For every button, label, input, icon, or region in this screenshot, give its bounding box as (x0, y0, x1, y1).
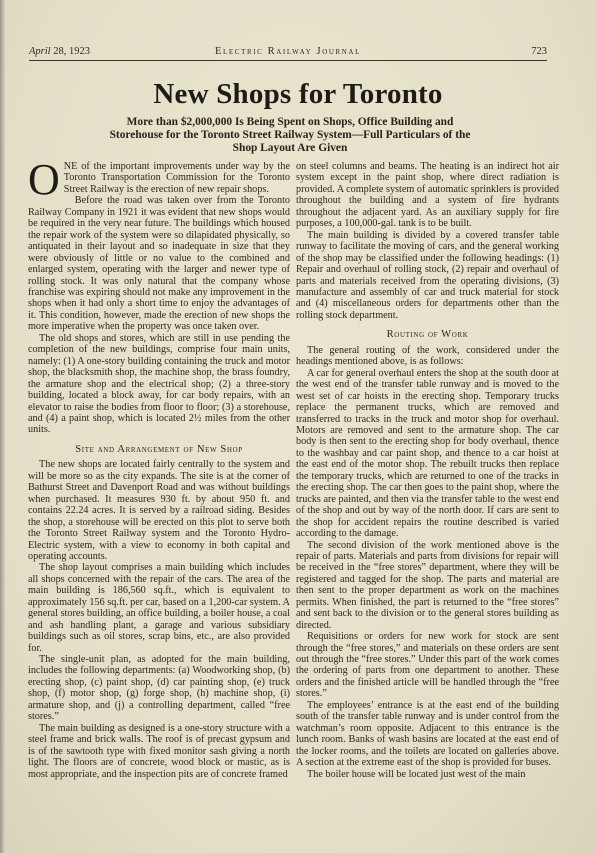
paragraph: The main building as designed is a one-s… (28, 723, 290, 780)
page: April 28, 1923 Electric Railway Journal … (0, 0, 596, 853)
journal-name: Electric Railway Journal (29, 46, 547, 57)
article-title: New Shops for Toronto (0, 78, 596, 111)
paragraph: The employees’ entrance is at the east e… (296, 700, 559, 769)
article-subtitle: More than $2,000,000 Is Being Spent on S… (100, 116, 480, 155)
lead-caps: NE (64, 161, 78, 172)
paragraph: ONE of the important improvements under … (28, 161, 290, 195)
paragraph: The new shops are located fairly central… (28, 459, 290, 562)
paragraph: The main building is divided by a covere… (296, 230, 559, 322)
paragraph: The old shops and stores, which are stil… (28, 333, 290, 436)
paragraph: The single-unit plan, as adopted for the… (28, 654, 290, 723)
paragraph: The second division of the work mentione… (296, 540, 559, 632)
left-column: ONE of the important improvements under … (28, 161, 290, 780)
drop-cap: O (28, 162, 60, 198)
page-number: 723 (531, 46, 547, 57)
header-rule (29, 60, 547, 61)
paragraph: on steel columns and beams. The heating … (296, 161, 559, 230)
paragraph: Requisitions or orders for new work for … (296, 631, 559, 700)
right-column: on steel columns and beams. The heating … (296, 161, 559, 780)
paragraph: The boiler house will be located just we… (296, 769, 559, 780)
section-heading: Routing of Work (296, 329, 559, 340)
paragraph: The shop layout comprises a main buildin… (28, 562, 290, 654)
paragraph: The general routing of the work, conside… (296, 345, 559, 368)
paragraph: Before the road was taken over from the … (28, 195, 290, 332)
running-header: April 28, 1923 Electric Railway Journal … (29, 46, 547, 60)
section-heading: Site and Arrangement of New Shop (28, 444, 290, 455)
paragraph: A car for general overhaul enters the sh… (296, 368, 559, 540)
paragraph-text: of the important improvements under way … (64, 161, 290, 195)
